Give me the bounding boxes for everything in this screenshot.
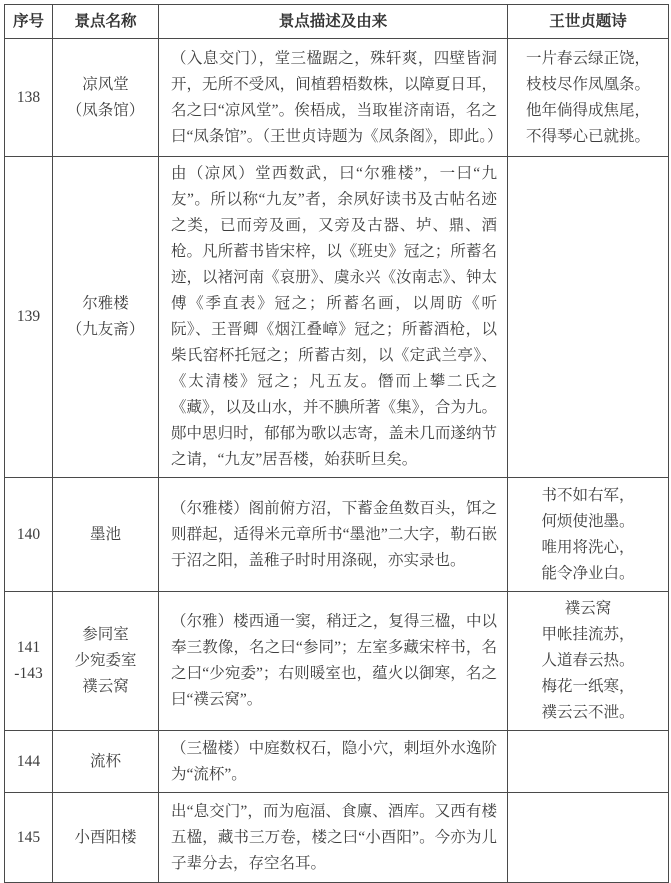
poem-cell	[508, 793, 669, 883]
table-row: 138 凉风堂 （凤条馆） （入息交门），堂三楹踞之，殊轩爽，四壁皆洞开，无所不…	[5, 39, 669, 157]
desc-cell: （三楹楼）中庭数权石，隐小穴，剌垣外水逸阶为“流杯”。	[159, 731, 508, 793]
header-seq: 序号	[5, 5, 53, 39]
desc-cell: 由（凉风）堂西数武，曰“尔雅楼”，一曰“九友”。所以称“九友”者，余夙好读书及古…	[159, 157, 508, 478]
seq-cell: 145	[5, 793, 53, 883]
seq-cell: 139	[5, 157, 53, 478]
desc-cell: （尔雅楼）阁前俯方沼，下蓄金鱼数百头，饵之则群起，适得米元章所书“墨池”二大字，…	[159, 478, 508, 592]
name-cell: 墨池	[53, 478, 159, 592]
desc-cell: （入息交门），堂三楹踞之，殊轩爽，四壁皆洞开，无所不受风，间植碧梧数株，以障夏日…	[159, 39, 508, 157]
seq-cell: 144	[5, 731, 53, 793]
table-body: 138 凉风堂 （凤条馆） （入息交门），堂三楹踞之，殊轩爽，四壁皆洞开，无所不…	[5, 39, 669, 883]
document-page: 序号 景点名称 景点描述及由来 王世贞题诗 138 凉风堂 （凤条馆） （入息交…	[0, 0, 671, 860]
table-row: 140 墨池 （尔雅楼）阁前俯方沼，下蓄金鱼数百头，饵之则群起，适得米元章所书“…	[5, 478, 669, 592]
name-cell: 流杯	[53, 731, 159, 793]
poem-cell: 襆云窝 甲帐挂流苏， 人道春云热。 梅花一纸寒， 襆云云不泄。	[508, 592, 669, 731]
header-name: 景点名称	[53, 5, 159, 39]
seq-cell: 140	[5, 478, 53, 592]
poem-cell: 书不如右军， 何烦使池墨。 唯用将洗心， 能令净业白。	[508, 478, 669, 592]
poem-cell: 一片春云绿正饶， 枝枝尽作凤凰条。 他年倘得成焦尾， 不得琴心已就挑。	[508, 39, 669, 157]
table-row: 145 小酉阳楼 出“息交门”，而为庖湢、食廪、酒库。又西有楼五楹，藏书三万卷，…	[5, 793, 669, 883]
name-cell: 参同室 少宛委室 襆云窝	[53, 592, 159, 731]
scenic-spots-table: 序号 景点名称 景点描述及由来 王世贞题诗 138 凉风堂 （凤条馆） （入息交…	[4, 4, 669, 883]
desc-cell: 出“息交门”，而为庖湢、食廪、酒库。又西有楼五楹，藏书三万卷，楼之曰“小酉阳”。…	[159, 793, 508, 883]
poem-cell	[508, 731, 669, 793]
table-row: 144 流杯 （三楹楼）中庭数权石，隐小穴，剌垣外水逸阶为“流杯”。	[5, 731, 669, 793]
name-cell: 尔雅楼 （九友斋）	[53, 157, 159, 478]
table-row: 139 尔雅楼 （九友斋） 由（凉风）堂西数武，曰“尔雅楼”，一曰“九友”。所以…	[5, 157, 669, 478]
desc-cell: （尔雅）楼西通一窦，稍迂之，复得三楹，中以奉三教像，名之曰“参同”；左室多藏宋梓…	[159, 592, 508, 731]
header-row: 序号 景点名称 景点描述及由来 王世贞题诗	[5, 5, 669, 39]
seq-cell: 141 -143	[5, 592, 53, 731]
poem-cell	[508, 157, 669, 478]
table-header: 序号 景点名称 景点描述及由来 王世贞题诗	[5, 5, 669, 39]
name-cell: 凉风堂 （凤条馆）	[53, 39, 159, 157]
table-row: 141 -143 参同室 少宛委室 襆云窝 （尔雅）楼西通一窦，稍迂之，复得三楹…	[5, 592, 669, 731]
header-poem: 王世贞题诗	[508, 5, 669, 39]
name-cell: 小酉阳楼	[53, 793, 159, 883]
seq-cell: 138	[5, 39, 53, 157]
header-desc: 景点描述及由来	[159, 5, 508, 39]
